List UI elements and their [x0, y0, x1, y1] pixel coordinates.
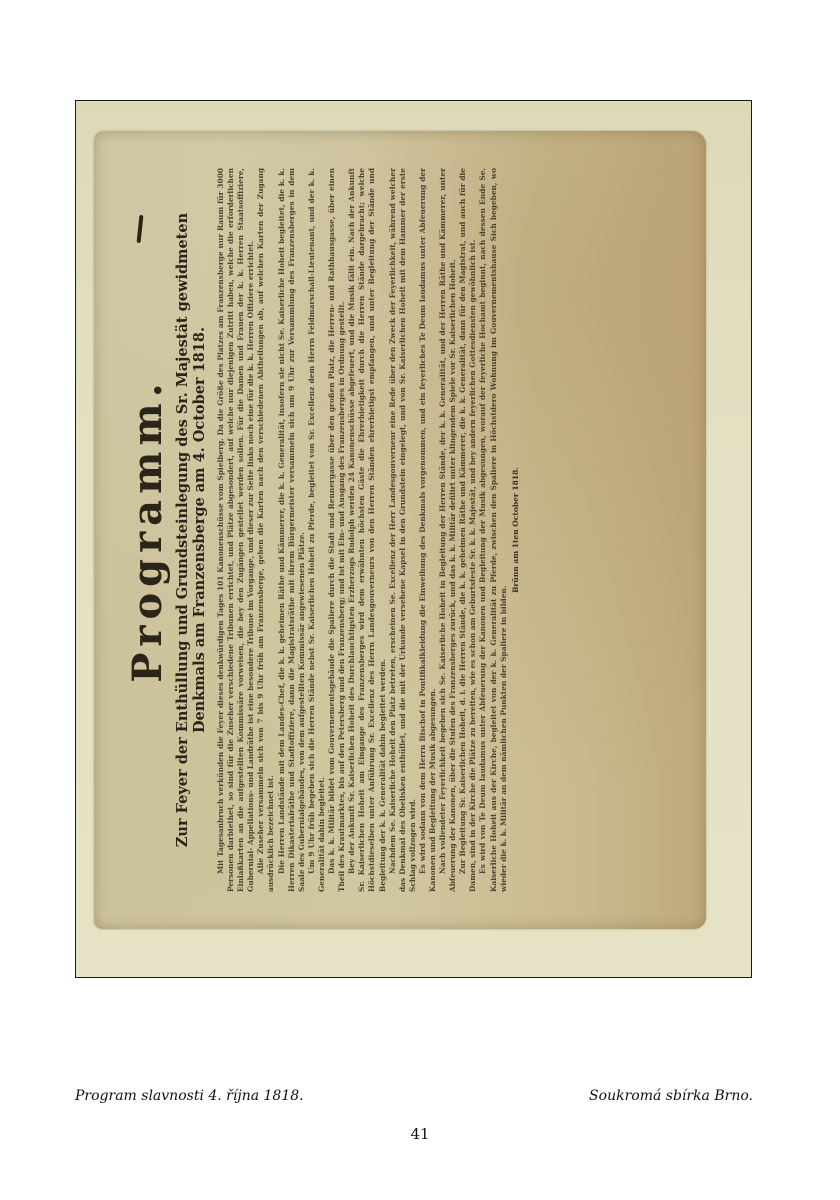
figure-source: Soukromá sbírka Brno. — [589, 1088, 753, 1104]
body-paragraph: Bey der Ankunft Sr. Kaiserlichen Hoheit … — [347, 168, 387, 892]
body-paragraph: Das k. k. Militär bildet vom Gouvernemen… — [327, 168, 347, 892]
body-paragraph: Alle Zuseher versammeln sich von 7 bis 9… — [256, 168, 276, 892]
body-paragraph: Zur Begleitung Sr. Kaiserlichen Hoheit, … — [458, 168, 478, 892]
document-body: Mit Tagesanbruch verkünden die Feyer die… — [216, 168, 509, 892]
programme-sheet: Programm. Zur Feyer der Enthüllung und G… — [94, 131, 706, 929]
body-paragraph: Nachdem Se. Kaiserliche Hoheit den Platz… — [388, 168, 418, 892]
document-date-signature: Brünn am 1ten October 1818. — [511, 150, 520, 910]
body-paragraph: Um 9 Uhr früh begeben sich die Herren St… — [307, 168, 327, 892]
body-paragraph: Es wird von Te Deum laudamus unter Abfeu… — [478, 168, 508, 892]
document-title: Programm. — [126, 150, 170, 910]
document-subtitle: Zur Feyer der Enthüllung und Grundsteinl… — [174, 180, 208, 880]
archival-photo: Programm. Zur Feyer der Enthüllung und G… — [75, 100, 752, 978]
body-paragraph: Mit Tagesanbruch verkünden die Feyer die… — [216, 168, 256, 892]
figure-caption: Program slavnosti 4. října 1818. — [75, 1088, 304, 1104]
body-paragraph: Nach vollendeter Feyerlichkeit begeben s… — [438, 168, 458, 892]
page-number: 41 — [0, 1125, 840, 1143]
rotated-document-text: Programm. Zur Feyer der Enthüllung und G… — [120, 150, 680, 910]
body-paragraph: Es wird sodann von dem Herrn Bischof in … — [418, 168, 438, 892]
body-paragraph: Die Herren Landstände mit dem Landes-Che… — [277, 168, 307, 892]
